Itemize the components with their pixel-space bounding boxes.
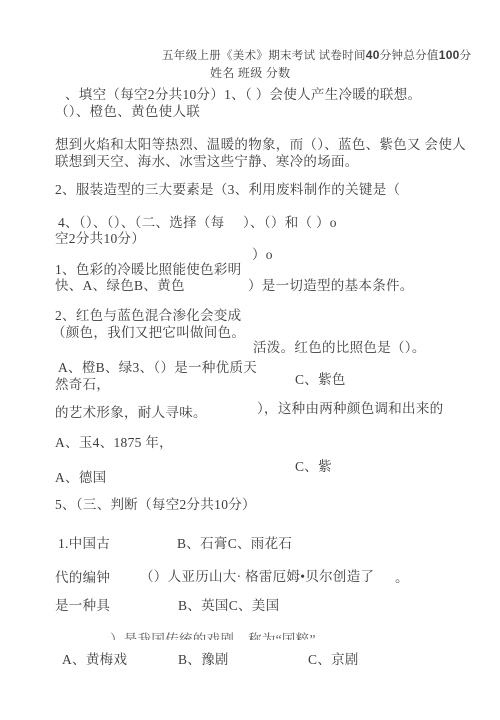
line-j1-left-3: 是一种具 — [55, 597, 110, 614]
line-q1-cont-2: 想到火焰和太阳等热烈、温暖的物象，而（）、蓝色、紫色又 会使人 — [55, 136, 466, 153]
option-c-jingju: C、京剧 — [308, 651, 359, 668]
line-q1-cont-3: 联想到天空、海水、冰雪这些宁静、寒冷的场面。 — [55, 153, 359, 170]
option-b-yuju: B、豫剧 — [178, 651, 229, 668]
line-q4-right: ）、（）和（ ）o — [243, 214, 337, 231]
line-bell-question: （）人亚历山大· 格雷厄姆•贝尔创造了 — [140, 568, 374, 585]
line-s3-left-2: 然奇石， — [55, 376, 110, 393]
line-sec3-heading: 5、（三、判断（每空2分共10分） — [55, 496, 256, 513]
exam-title: 五年级上册《美术》期末考试 试卷时间40分钟总分值100分 — [162, 48, 471, 64]
line-s1-left-2: 快、A、绿色B、黄色 — [55, 277, 185, 294]
line-s3-left-3: 的艺术形象，耐人寻味。 — [55, 404, 207, 421]
line-s2-right: 活泼。红色的比照色是（）。 — [253, 339, 426, 356]
line-j1-options: B、石膏C、雨花石 — [177, 535, 292, 552]
exam-title-suffix: 分 — [460, 50, 472, 62]
line-q4-left: 4、（）、（）、（二、选择（每 — [58, 214, 225, 231]
line-q1-cont-1: （）、橙色、黄色使人联 — [55, 103, 200, 120]
line-s4-option-a: A、德国 — [55, 469, 106, 486]
line-q2-q3: 2、服装造型的三大要素是（3、利用废料制作的关键是（ — [55, 181, 400, 198]
line-s2-left-1: 2、红色与蓝色混合渗化会变成 — [55, 307, 241, 324]
line-j1-left: 1.中国古 — [58, 535, 110, 552]
line-opera-question: ）是我国传统的戏剧，称为“国粹” — [110, 631, 330, 640]
line-bell-options: B、英国C、美国 — [178, 597, 279, 614]
name-class-score-line: 姓名 班级 分数 — [210, 66, 290, 81]
exam-total-points: 100 — [439, 48, 460, 62]
line-s1-right: ）是一切造型的基本条件。 — [248, 277, 414, 294]
clipped-opera-line: ）是我国传统的戏剧，称为“国粹” — [110, 631, 330, 640]
exam-duration: 40 — [366, 48, 380, 62]
line-period: 。 — [395, 569, 409, 586]
line-s4-option-c: C、紫 — [295, 458, 332, 475]
line-s3-right: ），这种由两种颜色调和出来的 — [257, 400, 443, 417]
line-q4-cont: 空2分共10分） — [55, 230, 145, 247]
line-q1-fill-blank: 、填空（每空2分共10分）1、（ ）会使人产生冷暖的联想。 — [65, 86, 421, 103]
line-s4-left: A、玉4、1875 年， — [55, 434, 173, 451]
exam-title-mid: 分钟总分值 — [380, 50, 439, 62]
line-s3-left-1: A、橙B、绿3、（）是一种优质天 — [58, 359, 257, 376]
option-a-huangmeixi: A、黄梅戏 — [62, 651, 127, 668]
exam-paper-page: 五年级上册《美术》期末考试 试卷时间40分钟总分值100分 姓名 班级 分数 、… — [0, 0, 500, 720]
line-s3-option-c: C、紫色 — [295, 371, 346, 388]
line-j1-left-2: 代的编钟 — [55, 569, 110, 586]
exam-title-pre: 五年级上册《美术》期末考试 试卷时间 — [162, 50, 366, 62]
line-paren-o: ）o — [252, 246, 273, 263]
line-s2-left-2: （颜色，我们又把它叫做间色。 — [52, 324, 245, 341]
line-s1-left-1: 1、色彩的冷暖比照能使色彩明 — [55, 261, 241, 278]
